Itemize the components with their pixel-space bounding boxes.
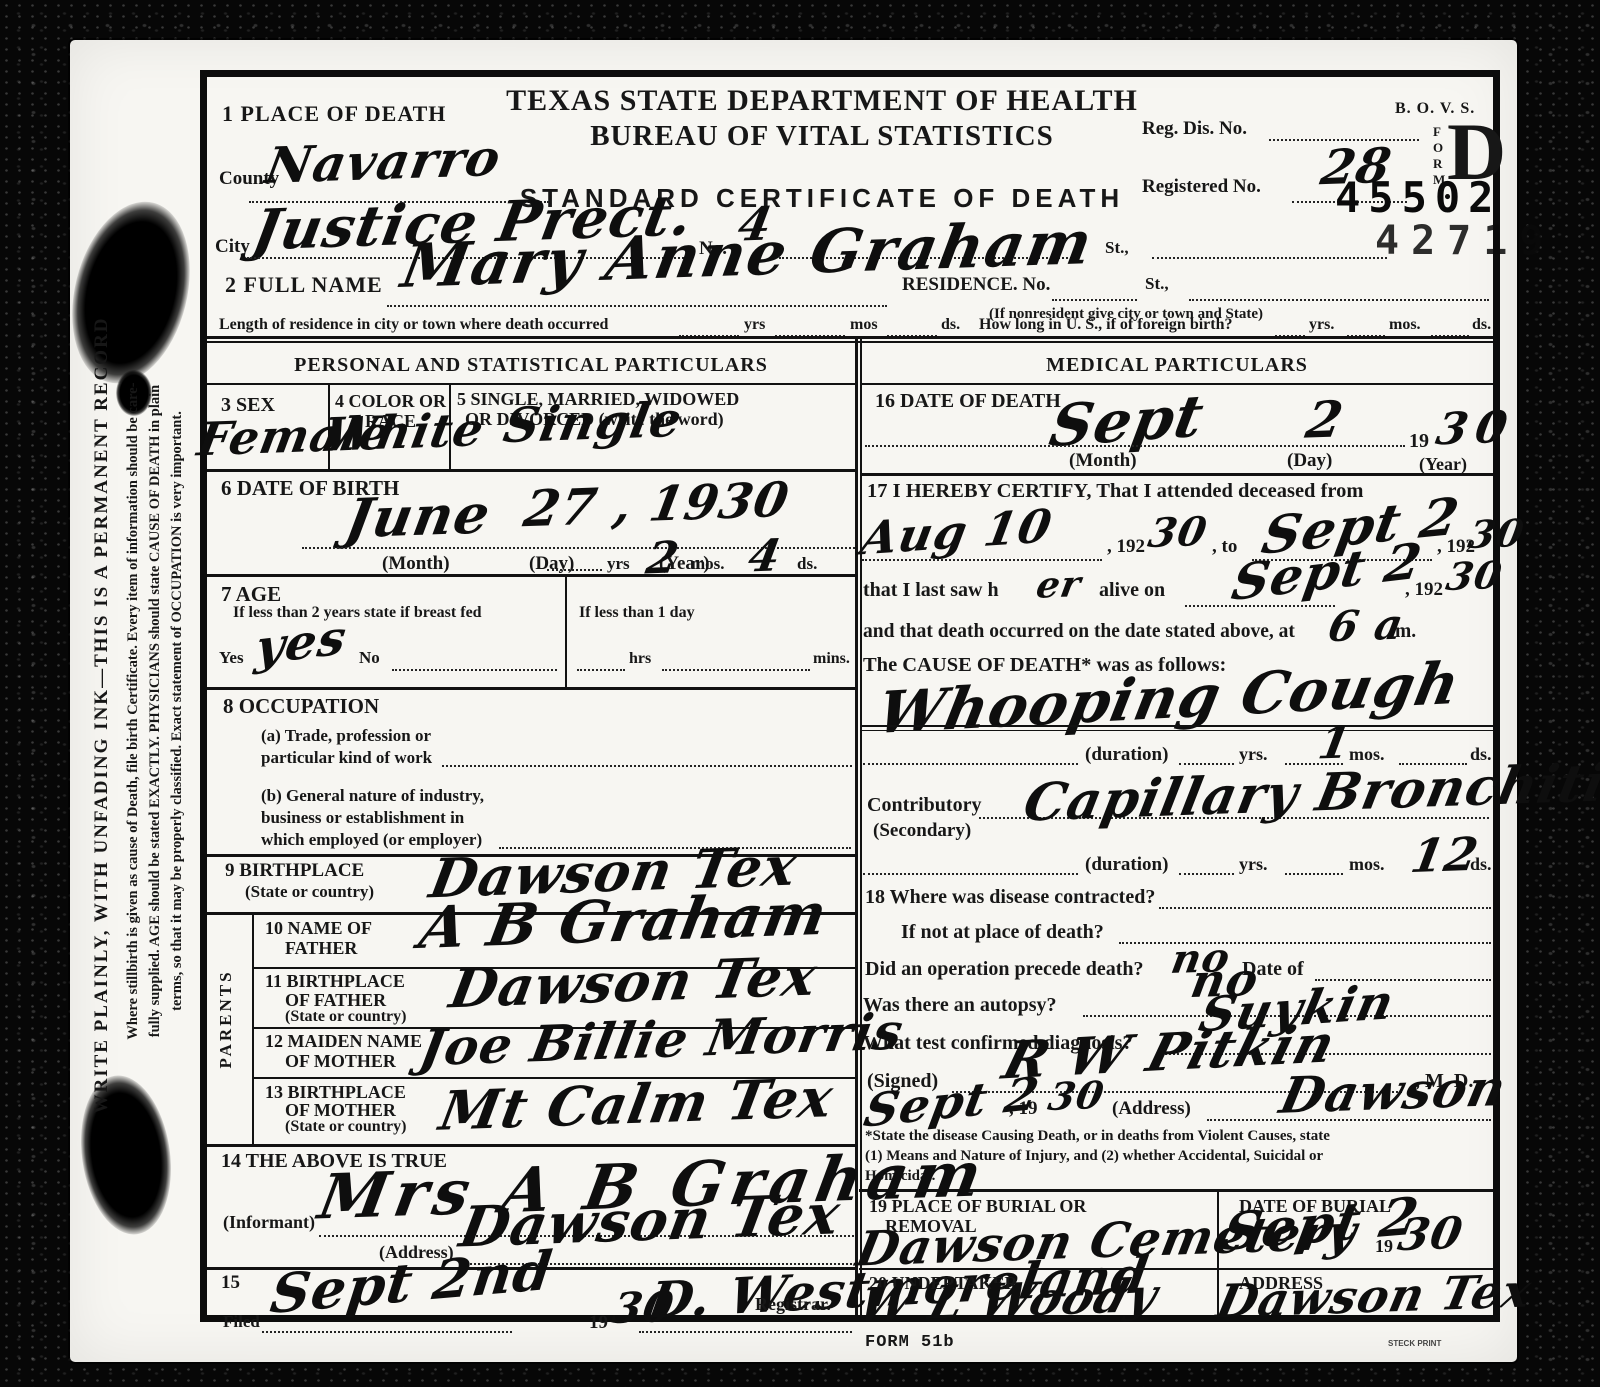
rule xyxy=(862,725,1493,727)
death-occurred-label: and that death occurred on the date stat… xyxy=(863,622,1295,642)
mother-maiden-label: 12 MAIDEN NAME xyxy=(265,1032,422,1051)
st-label: St., xyxy=(1105,239,1129,257)
no-label: No xyxy=(359,649,380,667)
rule xyxy=(862,730,1493,731)
yes-label: Yes xyxy=(219,649,244,667)
mother-maiden-label2: OF MOTHER xyxy=(285,1052,396,1071)
duration-yrs-label: yrs. xyxy=(1239,745,1268,764)
duration-caption: (duration) xyxy=(1085,745,1168,765)
hrs-line xyxy=(577,669,625,671)
st-line xyxy=(1152,257,1387,259)
filed-label: Filed xyxy=(223,1313,260,1331)
rule xyxy=(207,383,855,385)
duration2-line xyxy=(863,873,1078,875)
death-day-value: 2 xyxy=(1302,394,1347,445)
mins-line xyxy=(662,669,810,671)
to-label: , to xyxy=(1212,537,1237,557)
age-ds-label: ds. xyxy=(797,555,817,573)
section-divider xyxy=(207,336,1493,339)
physician-address-value: Dawson xyxy=(1276,1063,1511,1121)
occupation-a-label2: particular kind of work xyxy=(261,749,432,767)
duration2-line xyxy=(1285,873,1343,875)
filed-year-printed: 19 xyxy=(589,1313,608,1333)
scanned-death-certificate: { "margin": { "bold_note": "WRITE PLAINL… xyxy=(0,0,1600,1387)
marital-value: Single xyxy=(500,396,686,450)
father-birthplace-value: Dawson Tex xyxy=(446,949,821,1016)
age-label: 7 AGE xyxy=(221,583,281,605)
filed-number-label: 15 xyxy=(221,1273,240,1293)
rule xyxy=(862,473,1493,476)
date-of-death-label: 16 DATE OF DEATH xyxy=(875,391,1061,412)
informant-address-value: Dawson Tex xyxy=(456,1186,845,1255)
last-saw-date-value: Sept 2 xyxy=(1228,536,1425,608)
signed-address-caption: (Address) xyxy=(1112,1099,1191,1119)
breastfed-yes-value: yes xyxy=(253,614,350,672)
secondary-caption: (Secondary) xyxy=(873,821,971,841)
age-mos-label: mos. xyxy=(691,555,725,573)
mother-birthplace-value: Mt Calm Tex xyxy=(436,1070,838,1138)
duration2-line xyxy=(1179,873,1234,875)
year-printed-1: , 192 xyxy=(1107,537,1145,557)
duration-line xyxy=(1179,763,1234,765)
rule xyxy=(207,469,855,472)
secondary-stamp-number: 42719 xyxy=(1375,221,1555,261)
death-date-line xyxy=(865,445,1405,447)
last-year-value: 30 xyxy=(1443,556,1505,596)
full-name-label: 2 FULL NAME xyxy=(225,273,383,296)
contributory-value: Capillary Bronchitis xyxy=(1020,756,1600,829)
registrar-line xyxy=(639,1331,852,1333)
mos-label: mos xyxy=(850,317,878,334)
duration2-caption: (duration) xyxy=(1085,855,1168,875)
residence-st-line xyxy=(1189,299,1489,301)
ds2-label: ds. xyxy=(1472,317,1491,334)
duration2-mos-label: mos. xyxy=(1349,855,1385,874)
dob-month-value: June xyxy=(342,487,495,546)
ds-label: ds. xyxy=(941,317,960,334)
death-year-caption: (Year) xyxy=(1419,455,1467,474)
certificate-form: 1 PLACE OF DEATH TEXAS STATE DEPARTMENT … xyxy=(200,70,1500,1322)
father-birthplace-label: 11 BIRTHPLACE xyxy=(265,972,405,991)
attended-from-value: Aug 10 xyxy=(857,503,1055,562)
certify-label: 17 I HEREBY CERTIFY, That I attended dec… xyxy=(867,481,1363,503)
reg-dis-label: Reg. Dis. No. xyxy=(1142,119,1247,139)
form-letter-o: O xyxy=(1433,141,1443,155)
age-cell-divider xyxy=(565,574,567,687)
duration2-ds-label: ds. xyxy=(1470,855,1492,874)
department-title: TEXAS STATE DEPARTMENT OF HEALTH xyxy=(487,85,1157,117)
not-at-place-label: If not at place of death? xyxy=(901,922,1104,943)
yrs2-label: yrs. xyxy=(1309,317,1334,334)
father-name-label: 10 NAME OF xyxy=(265,919,372,938)
informant-label: (Informant) xyxy=(223,1213,315,1232)
certificate-paper: WRITE PLAINLY, WITH UNFADING INK—THIS IS… xyxy=(70,40,1517,1362)
hrs-label: hrs xyxy=(629,651,651,668)
father-name-label2: FATHER xyxy=(285,939,357,958)
death-month-caption: (Month) xyxy=(1069,451,1137,471)
signed-year-value: 30 xyxy=(1045,1076,1107,1116)
age-ds-value: 4 xyxy=(745,534,785,579)
disease-contracted-label: 18 Where was disease contracted? xyxy=(865,887,1155,908)
margin-bold-note: WRITE PLAINLY, WITH UNFADING INK—THIS IS… xyxy=(92,84,116,1346)
parents-label: PARENTS xyxy=(217,919,243,1119)
mos2-label: mos. xyxy=(1389,317,1421,334)
mins-label: mins. xyxy=(813,651,850,668)
form-letter-r: R xyxy=(1433,157,1442,171)
meridiem-label: m. xyxy=(1395,622,1416,642)
age-line xyxy=(547,569,602,571)
county-value: Navarro xyxy=(262,133,505,191)
residence-label: RESIDENCE. No. xyxy=(902,275,1050,295)
medical-section-title: MEDICAL PARTICULARS xyxy=(862,355,1492,376)
mother-maiden-value: Joe Billie Morris xyxy=(416,1007,907,1074)
last-saw-her-value: er xyxy=(1034,566,1085,604)
margin-note-line: fully supplied. AGE should be stated EXA… xyxy=(148,66,168,1356)
disease-contracted-line xyxy=(1159,907,1491,909)
operation-label: Did an operation precede death? xyxy=(865,959,1144,980)
mother-birthplace-caption: (State or country) xyxy=(285,1119,406,1136)
month-caption: (Month) xyxy=(382,554,450,574)
certificate-stamp-number: 45502 xyxy=(1335,177,1501,219)
margin-note-line: terms, so that it may be properly classi… xyxy=(170,66,190,1356)
occupation-b-label2: business or establishment in xyxy=(261,809,464,827)
last-saw-label: that I last saw h xyxy=(863,580,999,601)
margin-note-line: Where stillbirth is given as cause of De… xyxy=(126,66,146,1356)
form-letter-f: F xyxy=(1433,125,1441,139)
contributory-label: Contributory xyxy=(867,795,981,816)
attended-from-line xyxy=(862,559,1102,561)
city-label: City xyxy=(215,237,250,257)
occupation-b-label: (b) General nature of industry, xyxy=(261,787,484,805)
foreign-birth-label: How long in U. S., if of foreign birth? xyxy=(979,317,1233,334)
color-race-value: White xyxy=(320,406,487,457)
occupation-label: 8 OCCUPATION xyxy=(223,695,379,717)
from-year-value: 30 xyxy=(1145,512,1210,554)
occupation-a-label: (a) Trade, profession or xyxy=(261,727,431,745)
birthplace-label: 9 BIRTHPLACE xyxy=(225,861,364,881)
filed-line xyxy=(262,1331,512,1333)
alive-on-label: alive on xyxy=(1099,580,1165,601)
duration-line xyxy=(863,763,1078,765)
dob-year-value: , 1930 xyxy=(610,476,793,530)
rule xyxy=(207,687,855,690)
occupation-a-line xyxy=(442,765,852,767)
dob-day-value: 27 xyxy=(520,482,601,534)
lessday-label: If less than 1 day xyxy=(579,605,695,622)
death-year-value: 30 xyxy=(1433,406,1519,453)
yrs-label: yrs xyxy=(744,317,765,334)
duration2-yrs-label: yrs. xyxy=(1239,855,1268,874)
residence-st-label: St., xyxy=(1145,275,1169,293)
place-of-death-label: 1 PLACE OF DEATH xyxy=(222,102,446,125)
form-number: FORM 51b xyxy=(865,1334,955,1351)
length-residence-label: Length of residence in city or town wher… xyxy=(219,317,608,334)
father-birthplace-caption: (State or country) xyxy=(285,1009,406,1026)
to-year-value: 30 xyxy=(1465,514,1527,554)
no-line xyxy=(392,669,557,671)
printer-mark: STECK PRINT xyxy=(1388,1340,1441,1348)
residence-line xyxy=(1052,299,1137,301)
death-year-printed: 19 xyxy=(1409,431,1429,452)
bureau-title: BUREAU OF VITAL STATISTICS xyxy=(487,121,1157,151)
undertaker-address-value: Dawson Tex xyxy=(1213,1268,1536,1325)
registered-no-label: Registered No. xyxy=(1142,177,1261,197)
birthplace-caption: (State or country) xyxy=(245,883,374,901)
death-day-caption: (Day) xyxy=(1287,451,1332,471)
year-printed-3: , 192 xyxy=(1405,580,1443,600)
section-divider xyxy=(207,341,1493,343)
full-name-line xyxy=(387,305,887,307)
registrar-label: Registrar. xyxy=(755,1295,831,1314)
age-yrs-label: yrs xyxy=(607,555,630,573)
personal-section-title: PERSONAL AND STATISTICAL PARTICULARS xyxy=(207,355,855,376)
undertaker-value: W L Woody xyxy=(854,1272,1164,1328)
